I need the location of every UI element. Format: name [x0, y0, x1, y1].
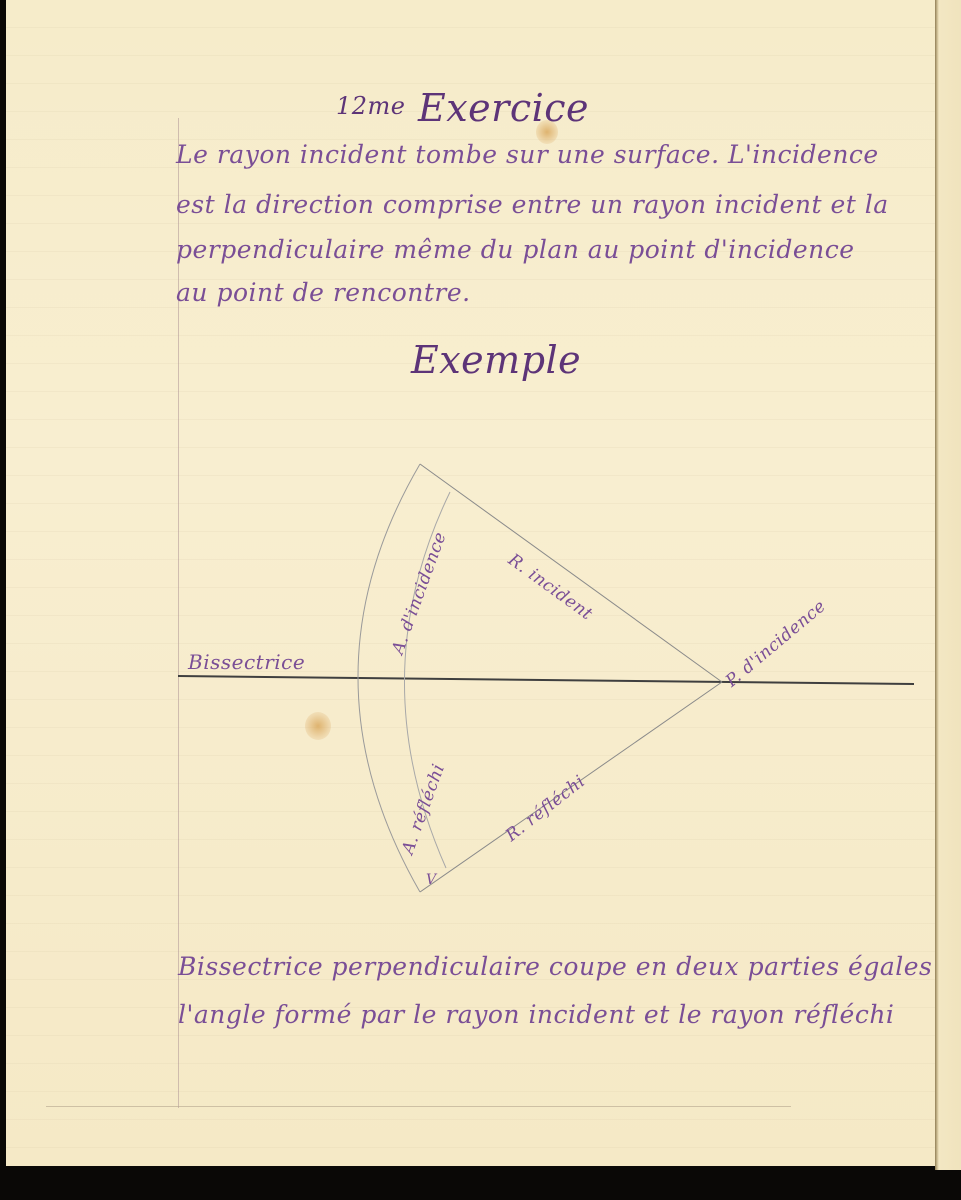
- bisector-line: [178, 676, 914, 684]
- bisector-label: Bissectrice: [188, 650, 305, 674]
- vertex-mark: V: [426, 872, 437, 888]
- conclusion-line-2: l'angle formé par le rayon incident et l…: [178, 1000, 894, 1029]
- conclusion-line-1: Bissectrice perpendiculaire coupe en deu…: [178, 952, 932, 981]
- reflection-diagram: [6, 0, 935, 1166]
- notebook-page: 12me Exercice Le rayon incident tombe su…: [6, 0, 935, 1166]
- incident-ray: [420, 464, 722, 682]
- notebook-binding-edge: [935, 0, 961, 1170]
